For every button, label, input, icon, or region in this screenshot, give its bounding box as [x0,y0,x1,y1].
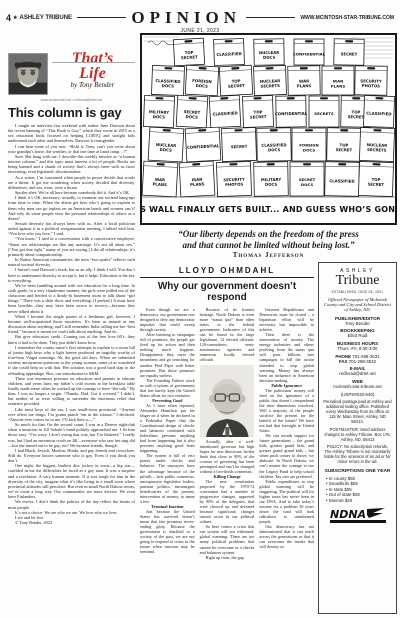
svg-text:SECRET: SECRET [341,51,358,56]
svg-text:DOCS: DOCS [303,147,315,152]
cartoon-box: IRANPLANS [322,66,354,95]
folio-left: 4 ★ ASHLEY TRIBUNE [6,13,72,23]
masthead-box: ASHLEY Tribune ESTABLISHED JUNE 28, 1901… [318,262,397,614]
article-paragraph: Like most boys of the era, I was small-t… [8,407,135,422]
article-paragraph: But give educators credit. Coming out of… [8,334,135,344]
svg-text:SECRET: SECRET [367,182,384,188]
cartoon-box: SECRETDOCS [176,95,208,128]
tony-bender-photo [8,53,48,95]
cartoon-box: FOREIGNDOCS [185,65,218,96]
article-paragraph: The Founding Fathers stuck us with a sys… [140,378,195,398]
article-paragraph: So much for that. On the second count, I… [8,422,135,448]
svg-text:CLASSIFIED: CLASSIFIED [329,178,355,183]
svg-text:SECRETS: SECRETS [260,83,280,89]
cartoon-box: NUCLEARSECRETS [359,127,394,161]
omdahl-column-3: between Republicans and Democrats must b… [259,307,314,560]
svg-text:PLANS: PLANS [152,181,167,187]
cartoon-box: SECURITYPHOTOS [355,66,388,96]
cartoon-box: CLASSIFIED [209,95,241,128]
article-paragraph: So here comes a crisis that our system w… [200,524,255,554]
cartoon-box: CONFIDENTIAL [275,96,308,128]
article-paragraph: Then there is the intervention of money.… [259,332,314,382]
postmaster-notice: POSTMASTER: Send address changes to Ashl… [323,428,392,443]
article-paragraph: We’ve been fumbling around with sex educ… [8,283,135,314]
article-paragraph: Right up front, the gap [200,555,255,560]
article-paragraph: Actually, after a well-intentioned gover… [200,439,255,474]
ndna-logo-text: NDNA [330,508,366,521]
masthead-name: Tribune [323,274,392,288]
article-paragraph: Just because the United States has survi… [140,509,195,554]
cartoon-box: IRANPLANS [179,161,215,197]
article-paragraph: Sexual diversity has always been with us… [8,221,135,236]
article-paragraph: I had Black, Jewish, Muslim, Hindu, and … [8,448,135,463]
subscriptions-list: • In county $50• Snowbirds $55• In state… [323,476,392,504]
pull-quote: “Our liberty depends on the freedom of t… [140,229,397,259]
cartoon-box: MILITARYDOCS [254,162,289,197]
editorial-cartoon: TOPSECRETCLASSIFIEDNUCLEARDOCSCONFIDENTI… [140,33,397,225]
omdahl-article: LLOYD OHMDAHL Why our government doesn’t… [140,266,314,614]
svg-text:DOCS: DOCS [162,83,175,88]
svg-text:SECRET: SECRET [228,83,245,89]
article-paragraph: I haven’t read Dawson’s book, but as an … [8,267,135,282]
article-paragraph: Even though we are a democracy, our gove… [140,307,195,332]
bookkeeping-name: Elliot Rudi [323,333,392,338]
article-paragraph: • Internet $40 [326,498,392,504]
fax-number: 701-288-3532 [349,359,376,364]
svg-text:PLANS: PLANS [331,83,346,88]
article-paragraph: As a writer, I’m concerned when people i… [8,175,135,190]
bender-body-text: I caught an interview last weekend with … [8,123,135,525]
cartoon-box: TOPSECRET [327,128,362,162]
omdahl-author: LLOYD OHMDAHL [140,266,314,278]
masthead-established: ESTABLISHED JUNE 28, 1901 [323,290,392,294]
page-number: 4 [6,13,11,23]
svg-text:SECRET: SECRET [231,144,248,150]
cartoon-box: TOPSECRET [219,65,252,96]
header-rule-left [77,17,126,18]
svg-text:DOCS: DOCS [153,114,166,119]
article-paragraph: Public expenditures to stop global warmi… [259,479,314,524]
cartoon-caption: TRUMP’S WALL FINALLY GETS BUILT... AND G… [140,205,397,214]
quote-attribution: Thomas Jefferson [140,251,397,259]
article-paragraph: One night, the biggest, burliest disc jo… [8,463,135,499]
cartoon-box: WARPLANS [288,66,321,96]
column-title-line2: Life [50,67,135,82]
article-paragraph: The politicians’ money will feed on the … [259,388,314,433]
cartoon-box: SECURITYPHOTOS [216,161,251,196]
svg-text:DOCS: DOCS [268,147,281,152]
cartoon-box: NUCLEARDOCS [148,127,184,162]
section-title: OPINION [131,10,241,25]
policy-notice: POLICY: No subscription refunds. The Ash… [323,445,392,465]
svg-text:PLANS: PLANS [297,83,312,88]
svg-text:DOCS: DOCS [195,83,208,89]
svg-text:SECRET: SECRET [348,114,365,119]
omdahl-column-2a: Because of its frontier heritage, North … [200,307,255,363]
photo-side-rule [52,62,135,63]
lloyd-omdahl-photo [200,365,255,437]
svg-text:CONFIDENTIAL: CONFIDENTIAL [275,111,308,117]
cartoon-box: TOPSECRET [173,38,204,66]
cartoon-box: CLASSIFIED [214,38,245,65]
cartoon-box: TOPSECRET [242,95,273,127]
svg-text:PHOTOS: PHOTOS [362,83,380,88]
cartoon-box: SECRET [221,127,256,161]
cartoon-box: CONFIDENTIAL [293,39,326,65]
omdahl-column-1: Even though we are a democracy, our gove… [140,307,195,560]
cartoon-box: CLASSIFIEDDOCS [152,65,185,95]
subscriptions-title: SUBSCRIPTIONS ONE YEAR [323,469,392,474]
thats-life-column: That’s Life by Tony Bender www.tonybende… [8,50,135,525]
article-paragraph: The new constitution proposed by the 197… [200,479,255,524]
cartoon-box: SECRETS [309,96,339,127]
star-icon: ★ [13,15,17,21]
svg-text:PHOTOS: PHOTOS [225,181,244,187]
article-paragraph: I think it’s OK, necessary, actually, to… [8,195,135,221]
cartoon-boxes-layer: TOPSECRETCLASSIFIEDNUCLEARDOCSCONFIDENTI… [142,38,394,197]
svg-text:SECRET: SECRET [181,54,198,60]
bender-headline: This column is gay [8,105,135,120]
cartoon-box: SECRETDOCS [290,162,324,196]
article-paragraph: The system is full of veto points under … [140,453,195,503]
quote-line-1: “Our liberty depends on the freedom of t… [140,229,397,240]
article-paragraph: As I have often repeated, Alexander Hami… [140,403,195,453]
omdahl-headline: Why our government doesn’t respond [140,281,314,303]
cartoon-box: SECRET [334,39,364,66]
postage-notice: Periodical postage paid at Ashley and ad… [323,400,392,425]
thats-life-header: That’s Life by Tony Bender [8,50,135,97]
cartoon-box: CLASSIFIED [363,95,394,127]
svg-text:CONFIDENTIAL: CONFIDENTIAL [293,52,326,57]
svg-text:DOCS: DOCS [263,55,276,60]
cartoon-box: NUCLEARSECRETS [254,65,287,95]
article-paragraph: © Tony Bender, 2023 [8,520,135,525]
svg-text:SECRETS: SECRETS [367,147,387,153]
hours-value: Thurs -Fri, 8:30-3:00 [323,346,392,351]
article-paragraph: I remember the county nurse’s first atte… [8,345,135,376]
article-paragraph: After listening to campaigns full of pro… [140,332,195,377]
header-rule-right [246,17,295,18]
article-paragraph: Because of its frontier heritage, North … [200,307,255,363]
article-paragraph: We evolve. I don’t think the politics of… [8,499,135,509]
svg-text:SECRET: SECRET [336,147,353,152]
omdahl-column-2b: Actually, after a well-intentioned gover… [200,439,255,560]
article-paragraph: We can mouth support for future generati… [259,433,314,478]
cartoon-box: TOPSECRET [358,161,393,196]
svg-text:PLANS: PLANS [190,181,205,187]
svg-text:DOCS: DOCS [301,182,313,187]
author-contact-line: www.tonybender.net • redhead@drtel.net [8,98,135,102]
article-paragraph: Sure. But hang with me. I describe this … [8,154,135,175]
article-paragraph: I can hear some of you now. “Hold it, To… [8,144,135,154]
cartoon-box: NUCLEARDOCS [254,39,284,66]
web-value: mcintosh-star-tribune.net [323,384,392,389]
cartoon-box: CLASSIFIEDDOCS [257,128,292,162]
cartoon-box: WARPLANS [142,161,178,197]
article-paragraph: between Republicans and Democrats must b… [259,307,314,332]
svg-text:DOCS: DOCS [265,182,278,187]
article-paragraph: In Native American communities, the term… [8,257,135,267]
cartoon-box: CLASSIFIED [325,162,360,197]
fax-label: FAX [339,359,348,364]
website-url: WWW.MCINTOSH-STAR-TRIBUNE.COM [300,15,394,21]
cartoon-box: MILITARYDOCS [143,95,174,127]
column-byline: by Tony Bender [50,81,135,89]
ndna-logo: NDNA [329,507,387,524]
svg-text:SECRETS: SECRETS [314,111,334,116]
svg-text:CLASSIFIED: CLASSIFIED [216,51,242,57]
svg-text:DOCS: DOCS [185,114,198,120]
masthead-official-text: Official Newspaper of McIntosh County an… [323,297,392,313]
article-paragraph: “You know,” I said in a conversation wit… [8,236,135,257]
quote-line-2: and that cannot be limited without being… [140,240,397,251]
paper-name: ASHLEY TRIBUNE [20,15,73,21]
ndna-eagle-icon [367,508,385,518]
ndna-bar [330,520,386,523]
publisher-name: Tony Bender [323,321,392,326]
article-paragraph: Our democracy has not demonstrated that … [259,524,314,549]
cartoon-box: CONFIDENTIAL [185,127,221,162]
usps-number: (USPS#033-940) [323,392,392,397]
email-value: redhead@drtel.net [323,371,392,376]
svg-text:SECRET: SECRET [250,114,267,120]
article-paragraph: When I became the single parent of a fre… [8,314,135,335]
fax-row: FAX 701-288-3532 [323,359,392,364]
article-paragraph: I caught an interview last weekend with … [8,123,135,144]
cartoon-box: FOREIGNDOCS [292,128,326,161]
svg-text:DOCS: DOCS [159,147,172,153]
omdahl-column-2: Because of its frontier heritage, North … [200,307,255,560]
svg-text:CLASSIFIED: CLASSIFIED [366,111,392,117]
article-paragraph: There was enormous pressure on educators… [8,376,135,407]
